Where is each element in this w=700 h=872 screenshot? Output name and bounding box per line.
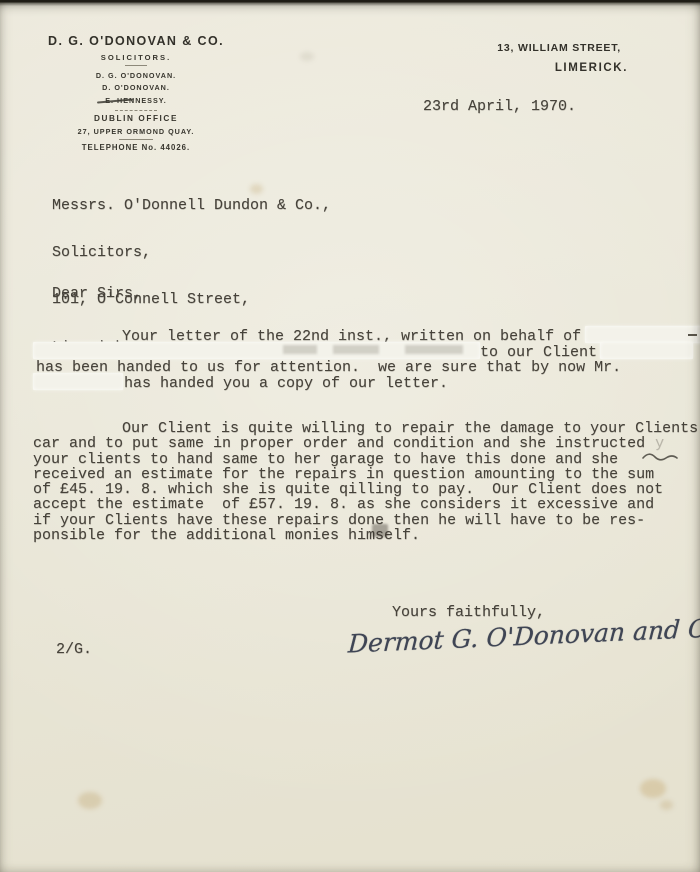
date-line: 23rd April, 1970. — [423, 99, 576, 114]
redaction-strip — [585, 326, 700, 343]
body-paragraph-2: Our Client is quite willing to repair th… — [33, 420, 700, 542]
redacted-ghost-text — [405, 345, 463, 354]
letterhead-block: D. G. O'DONOVAN & CO. SOLICITORS. D. G. … — [45, 34, 227, 152]
dublin-office-label: DUBLIN OFFICE — [45, 114, 227, 123]
redaction-strip — [600, 342, 693, 359]
foxing-stain — [640, 779, 666, 798]
street-line: 13, WILLIAM STREET, — [497, 42, 621, 54]
divider-dashed-line — [115, 110, 157, 111]
partner-name: D. G. O'DONOVAN. — [45, 70, 227, 82]
foxing-stain — [660, 800, 673, 810]
body-paragraph-1: Your letter of the 22nd inst., written o… — [36, 328, 700, 390]
firm-subtitle: SOLICITORS. — [45, 53, 227, 62]
foxing-stain — [78, 792, 102, 809]
letter-paper: D. G. O'DONOVAN & CO. SOLICITORS. D. G. … — [0, 0, 700, 872]
body-line: to our Client — [36, 344, 700, 360]
body-line: your clients to hand same to her garage … — [33, 451, 700, 466]
redacted-ghost-text — [283, 345, 317, 354]
typist-reference: 2/G. — [56, 642, 92, 657]
scan-edge — [0, 0, 700, 6]
firm-address-right: 13, WILLIAM STREET, LIMERICK. — [497, 42, 628, 74]
body-line: car and to put same in proper order and … — [33, 435, 700, 450]
body-line: ponsible for the additional monies himse… — [33, 527, 700, 542]
foxing-stain — [300, 52, 314, 61]
salutation: Dear Sirs, — [52, 286, 142, 301]
body-line: has handed you a copy of our letter. — [36, 375, 700, 391]
city-line: LIMERICK. — [497, 62, 628, 74]
body-line: received an estimate for the repairs in … — [33, 466, 700, 481]
divider-line — [125, 65, 147, 66]
partner-name: E. HENNESSY. — [45, 95, 227, 107]
divider-line — [119, 139, 153, 140]
redacted-ghost-text — [333, 345, 379, 354]
redaction-strip — [33, 342, 480, 359]
recipient-line: Solicitors, — [52, 245, 331, 261]
foxing-stain — [250, 184, 263, 194]
overstrike-smudge — [372, 524, 388, 537]
redaction-strip — [33, 373, 123, 390]
partner-name: D. O'DONOVAN. — [45, 82, 227, 94]
body-line: Our Client is quite willing to repair th… — [33, 420, 700, 435]
recipient-line: Messrs. O'Donnell Dundon & Co., — [52, 198, 331, 214]
valediction: Yours faithfully, — [392, 605, 545, 620]
body-line: accept the estimate of £57. 19. 8. as sh… — [33, 496, 700, 511]
body-line: if your Clients have these repairs done … — [33, 512, 700, 527]
firm-name: D. G. O'DONOVAN & CO. — [45, 34, 227, 48]
pen-squiggle — [641, 451, 679, 463]
signature: Dermot G. O'Donovan and Co. — [347, 614, 693, 658]
body-line: has been handed to us for attention. we … — [36, 359, 700, 375]
dublin-office-address: 27, UPPER ORMOND QUAY. — [45, 127, 227, 136]
body-line-visible-text: to our Client — [480, 344, 597, 361]
stray-ink-dash — [688, 334, 697, 336]
telephone-number: TELEPHONE No. 44026. — [45, 143, 227, 152]
body-line: of £45. 19. 8. which she is quite qillin… — [33, 481, 700, 496]
